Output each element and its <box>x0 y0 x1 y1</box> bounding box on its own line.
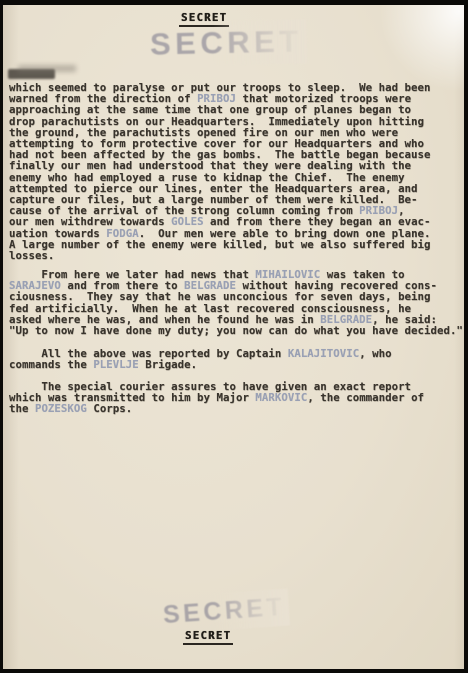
faded-proper-noun: FODGA <box>106 227 138 240</box>
document-page: SECRET SECRET which seemed to paralyse o… <box>3 5 464 669</box>
paragraph-courier-note: The special courier assures to have give… <box>9 381 424 415</box>
faded-proper-noun: GOLES <box>171 215 203 228</box>
secret-rubber-stamp-top: SECRET <box>150 23 303 62</box>
paragraph-battle-report: which seemed to paralyse or put our troo… <box>9 82 431 261</box>
secret-rubber-stamp-bottom: SECRET <box>162 593 286 630</box>
faded-proper-noun: PRIBOJ <box>359 204 398 217</box>
stamp-fade-overlay <box>162 588 291 634</box>
classification-footer-typed: SECRET <box>183 631 233 645</box>
faded-proper-noun: PRIBOJ <box>197 92 236 105</box>
redacted-word-smudge <box>8 69 55 79</box>
faded-proper-noun: KALAJITOVIC <box>288 347 359 360</box>
paragraph-mihailovic-news: From here we later had news that MIHAILO… <box>9 269 463 336</box>
scan-black-border: SECRET SECRET which seemed to paralyse o… <box>0 0 468 673</box>
faded-proper-noun: POZESKOG <box>35 402 87 415</box>
faded-proper-noun: BELGRADE <box>184 279 236 292</box>
paragraph-reported-by: All the above was reported by Captain KA… <box>9 348 392 370</box>
faded-proper-noun: MIHAILOVIC <box>255 268 320 281</box>
faded-proper-noun: PLEVLJE <box>93 358 138 371</box>
faded-proper-noun: MARKOVIC <box>255 391 307 404</box>
stamp-fade-overlay <box>150 19 308 66</box>
faded-proper-noun: BELGRADE <box>320 313 372 326</box>
faded-proper-noun: SARAJEVO <box>9 279 61 292</box>
